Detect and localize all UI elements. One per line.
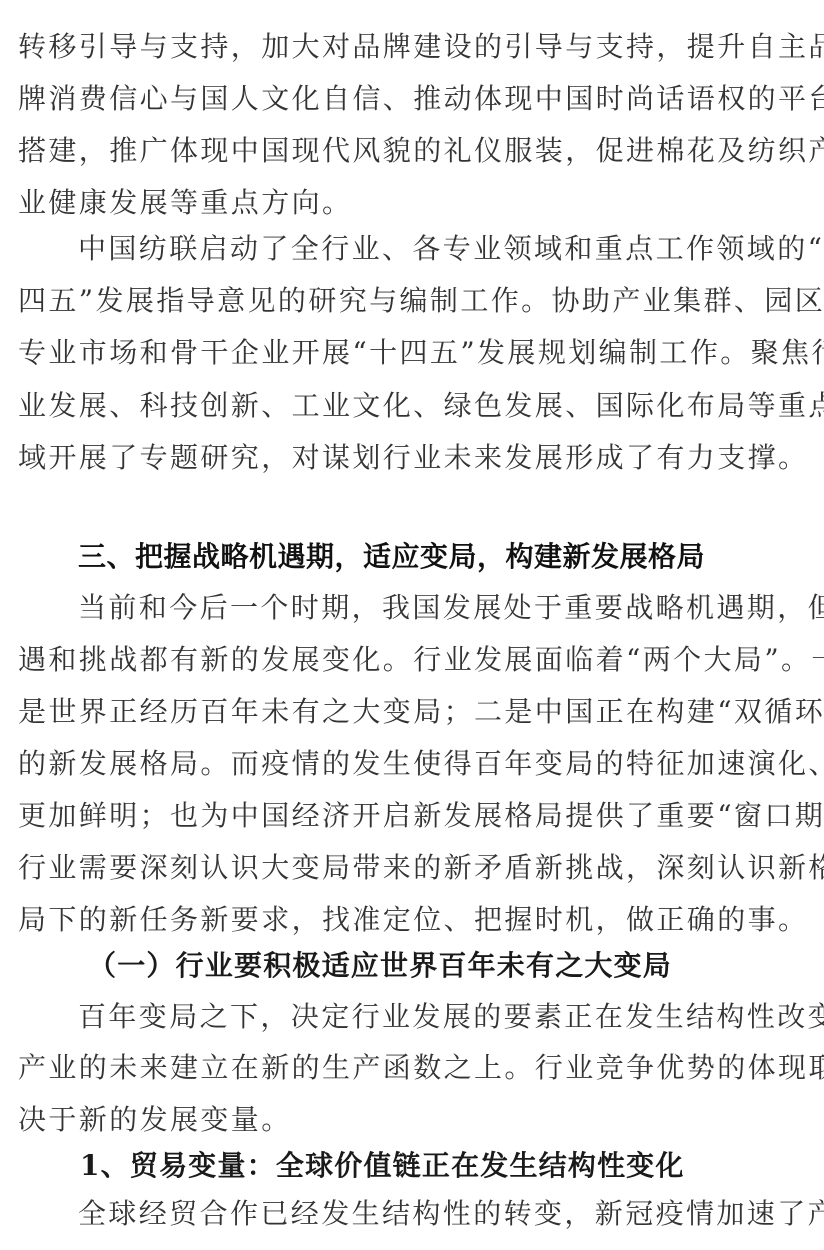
text-line: 专业市场和骨干企业开展“十四五”发展规划编制工作。聚焦行: [18, 336, 818, 370]
text-line: 产业的未来建立在新的生产函数之上。行业竞争优势的体现取: [18, 1051, 818, 1085]
text-line: 牌消费信心与国人文化自信、推动体现中国时尚话语权的平台: [18, 82, 818, 116]
subsection-heading: （一）行业要积极适应世界百年未有之大变局: [88, 948, 672, 984]
text-line: 百年变局之下，决定行业发展的要素正在发生结构性改变。: [78, 1000, 818, 1034]
text-line: 中国纺联启动了全行业、各专业领域和重点工作领域的“十: [78, 232, 818, 266]
text-line: 局下的新任务新要求，找准定位、把握时机，做正确的事。: [18, 903, 818, 937]
text-line: 四五”发展指导意见的研究与编制工作。协助产业集群、园区、: [18, 284, 818, 318]
text-line: 决于新的发展变量。: [18, 1103, 818, 1137]
text-line: 转移引导与支持，加大对品牌建设的引导与支持，提升自主品: [18, 30, 818, 64]
text-line: 更加鲜明；也为中国经济开启新发展格局提供了重要“窗口期”。: [18, 799, 818, 833]
section-heading: 三、把握战略机遇期，适应变局，构建新发展格局: [78, 539, 705, 575]
text-line: 当前和今后一个时期，我国发展处于重要战略机遇期，但机: [78, 591, 818, 625]
text-line: 行业需要深刻认识大变局带来的新矛盾新挑战，深刻认识新格: [18, 851, 818, 885]
text-line: 域开展了专题研究，对谋划行业未来发展形成了有力支撑。: [18, 441, 818, 475]
item-heading: 1、贸易变量：全球价值链正在发生结构性变化: [80, 1148, 685, 1184]
text-line: 业发展、科技创新、工业文化、绿色发展、国际化布局等重点领: [18, 389, 818, 423]
text-line: 业健康发展等重点方向。: [18, 186, 818, 220]
text-line: 遇和挑战都有新的发展变化。行业发展面临着“两个大局”。一: [18, 643, 818, 677]
text-line: 是世界正经历百年未有之大变局；二是中国正在构建“双循环”: [18, 695, 818, 729]
text-line: 的新发展格局。而疫情的发生使得百年变局的特征加速演化、: [18, 747, 818, 781]
text-line: 全球经贸合作已经发生结构性的转变，新冠疫情加速了产: [78, 1197, 818, 1231]
text-line: 搭建，推广体现中国现代风貌的礼仪服装，促进棉花及纺织产: [18, 134, 818, 168]
